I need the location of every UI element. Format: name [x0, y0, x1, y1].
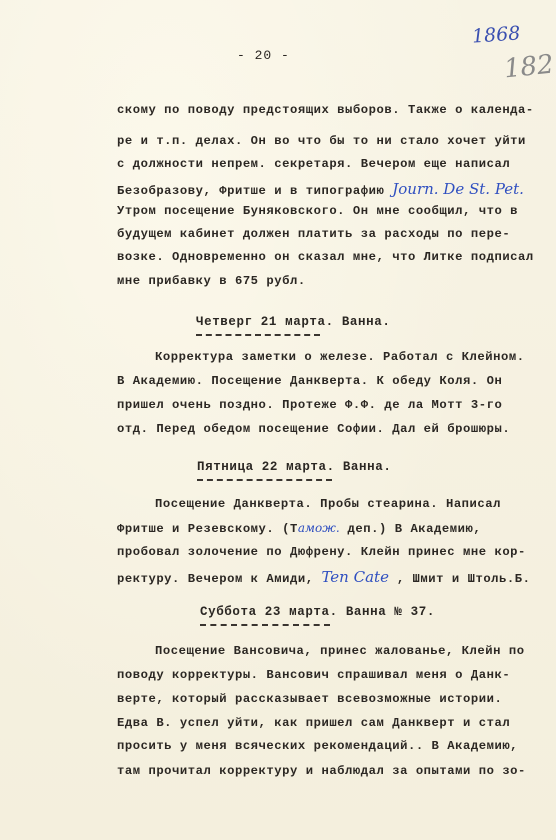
text-line: мне прибавку в 675 рубл. — [117, 274, 306, 288]
text-segment: ректуру. Вечером к Амиди, — [117, 572, 321, 586]
text-line: скому по поводу предстоящих выборов. Так… — [117, 103, 534, 117]
text-line: верте, который рассказывает всевозможные… — [117, 692, 502, 706]
section-heading-thursday: Четверг 21 марта. Ванна. — [196, 315, 390, 329]
text-line: будущем кабинет должен платить за расход… — [117, 227, 510, 241]
text-line: возке. Одновременно он сказал мне, что Л… — [117, 250, 534, 264]
text-line: там прочитал корректуру и наблюдал за оп… — [117, 764, 526, 778]
text-line: ректуру. Вечером к Амиди, Ten Cate , Шми… — [117, 568, 531, 586]
text-line: Утром посещение Буняковского. Он мне соо… — [117, 204, 518, 218]
text-segment: деп.) В Академию, — [340, 522, 482, 536]
text-line: Безобразову, Фритше и в типографию Journ… — [117, 180, 524, 198]
handwritten-year-annotation: 1868 — [471, 22, 521, 47]
page-number: - 20 - — [237, 48, 290, 63]
document-page: - 20 - 1868 182 скому по поводу предстоя… — [0, 0, 556, 840]
text-line: пришел очень поздно. Протеже Ф.Ф. де ла … — [117, 398, 502, 412]
text-line: Посещение Данкверта. Пробы стеарина. Нап… — [155, 497, 501, 511]
heading-underline — [196, 334, 320, 336]
text-segment: , Шмит и Штоль.Б. — [389, 572, 531, 586]
text-line: Фритше и Резевскому. (Тамож. деп.) В Ака… — [117, 521, 481, 536]
text-line: поводу корректуры. Вансович спрашивал ме… — [117, 668, 510, 682]
text-line: Корректура заметки о железе. Работал с К… — [155, 350, 525, 364]
text-line: просить у меня всяческих рекомендаций.. … — [117, 739, 518, 753]
text-line: пробовал золочение по Дюфрену. Клейн при… — [117, 545, 526, 559]
text-line: В Академию. Посещение Данкверта. К обеду… — [117, 374, 502, 388]
handwritten-folio-number: 182 — [503, 49, 556, 84]
text-segment: Безобразову, Фритше и в типографию — [117, 184, 392, 198]
text-line: Посещение Вансовича, принес жалованье, К… — [155, 644, 525, 658]
text-line: ре и т.п. делах. Он во что бы то ни стал… — [117, 134, 526, 148]
section-heading-saturday: Суббота 23 марта. Ванна № 37. — [200, 605, 435, 619]
section-heading-friday: Пятница 22 марта. Ванна. — [197, 460, 391, 474]
handwritten-insertion: Ten Cate — [321, 568, 388, 586]
heading-underline — [200, 624, 330, 626]
text-line: отд. Перед обедом посещение Софии. Дал е… — [117, 422, 510, 436]
heading-underline — [197, 479, 332, 481]
text-segment: Фритше и Резевскому. (Т — [117, 522, 298, 536]
handwritten-insertion: Journ. De St. Pet. — [392, 180, 524, 198]
text-line: с должности непрем. секретаря. Вечером е… — [117, 157, 510, 171]
text-line: Едва В. успел уйти, как пришел сам Данкв… — [117, 716, 510, 730]
handwritten-insertion: амож. — [298, 521, 340, 535]
